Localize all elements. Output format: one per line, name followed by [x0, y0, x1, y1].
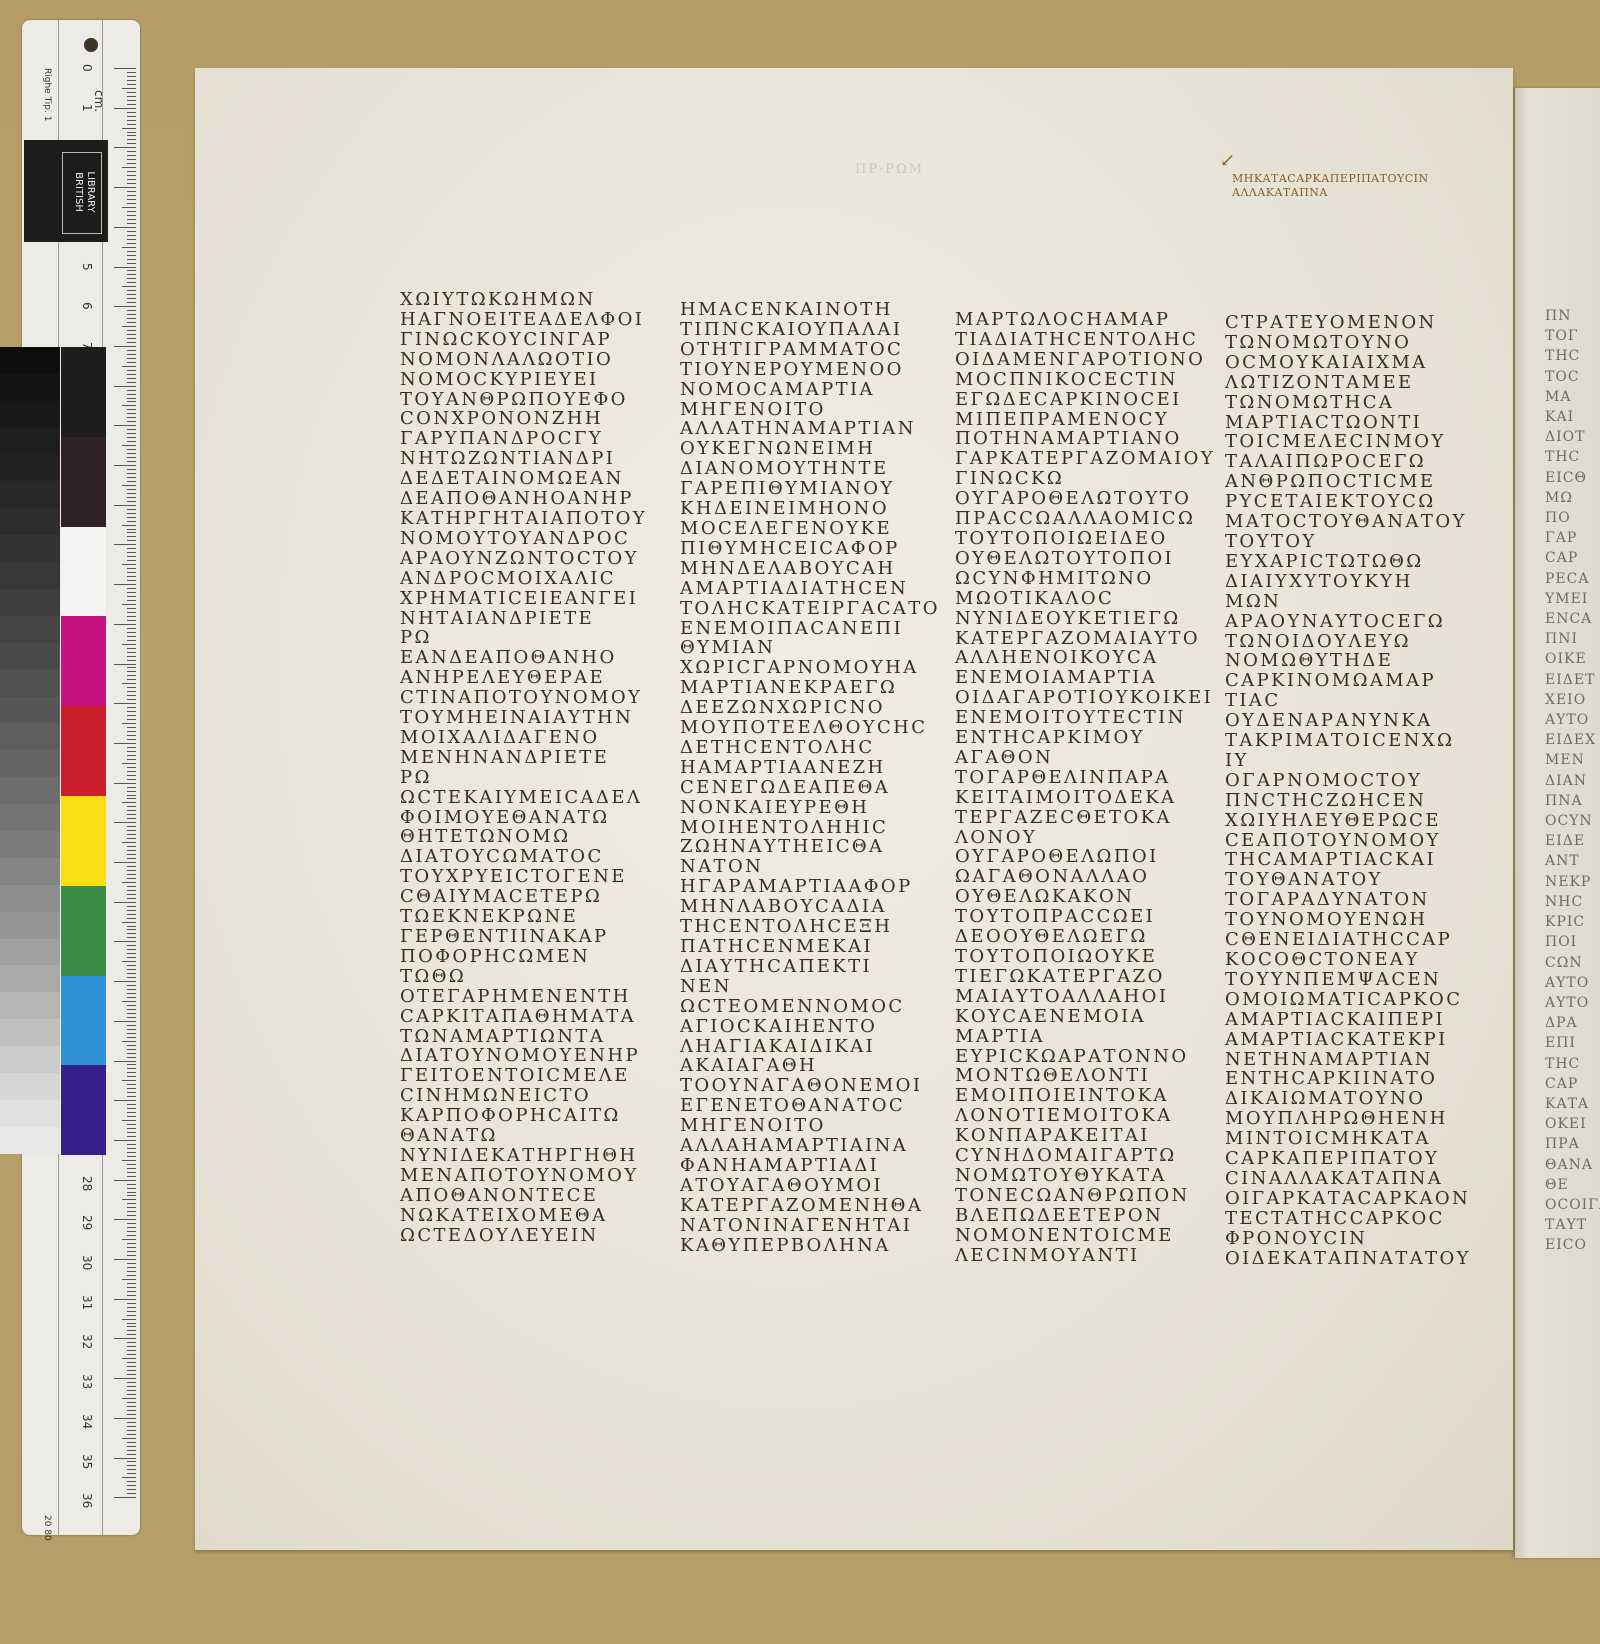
gray-step-patch	[0, 723, 60, 750]
ruler-tick	[127, 120, 136, 121]
ruler-tick	[127, 1366, 136, 1367]
manuscript-line: ΤΟΓΑΡΑΔΥΝΑΤΟΝ	[1225, 890, 1471, 910]
ruler-tick	[114, 346, 136, 347]
ruler-tick	[127, 124, 136, 125]
ruler-tick	[122, 88, 136, 89]
ruler-tick	[122, 604, 136, 605]
ruler-tick	[127, 302, 136, 303]
ruler-tick	[127, 588, 136, 589]
ruler-tick	[114, 1338, 136, 1339]
ruler-tick	[127, 489, 136, 490]
ruler-cm-label: 28	[80, 1176, 94, 1191]
manuscript-line: ΤΙΕΓΩΚΑΤΕΡΓΑΖΟ	[955, 967, 1215, 987]
ruler-tick	[127, 977, 136, 978]
manuscript-line: ϹΥΝΗΔΟΜΑΙΓΑΡΤΩ	[955, 1146, 1215, 1166]
ruler-tick	[122, 683, 136, 684]
manuscript-line: ΕΓΕΝΕΤΟΘΑΝΑΤΟϹ	[680, 1096, 940, 1116]
manuscript-line: ΜΑΡΤΙΑΝΕΚΡΑΕΓΩ	[680, 678, 940, 698]
ruler-cm-label: 33	[80, 1374, 94, 1389]
ruler-tick	[127, 1235, 136, 1236]
ruler-tick	[127, 1410, 136, 1411]
manuscript-line: ΜΟΥΠΛΗΡΩΘΗΕΝΗ	[1225, 1109, 1471, 1129]
ruler-tick	[127, 715, 136, 716]
ruler-tick	[127, 413, 136, 414]
ruler-tick	[127, 96, 136, 97]
ruler-tick	[127, 1211, 136, 1212]
gray-step-patch	[0, 670, 60, 697]
ruler-tick	[114, 505, 136, 506]
adjacent-page-line: ΕΝϹΑ	[1545, 609, 1600, 629]
ruler-tick	[127, 620, 136, 621]
ruler-tick	[127, 1184, 136, 1185]
ruler-tick	[122, 1001, 136, 1002]
ruler-tick	[127, 791, 136, 792]
ruler-tick	[127, 656, 136, 657]
ruler-tick	[127, 453, 136, 454]
ruler-tick	[127, 1370, 136, 1371]
ruler-tick	[127, 1346, 136, 1347]
ruler-tick	[127, 699, 136, 700]
manuscript-line: ΤΟΥΘΑΝΑΤΟΥ	[1225, 870, 1471, 890]
ruler-tick	[127, 342, 136, 343]
ruler-tick	[122, 922, 136, 923]
manuscript-line: ΚΟϹΟΘϹΤΟΝΕΑΥ	[1225, 950, 1471, 970]
adjacent-page-edge: ΠΝΤΟΓΤΗϹΤΟϹΜΑΚΑΙΔΙΟΤΤΗϹΕΙϹΘΜΩΠΟΓΑΡϹΑΡΡΕϹ…	[1515, 88, 1600, 1558]
ruler-tick	[122, 842, 136, 843]
manuscript-line: ΝΑΤΟΝΙΝΑΓΕΝΗΤΑΙ	[680, 1216, 940, 1236]
adjacent-page-line: ΟΙΚΕ	[1545, 649, 1600, 669]
manuscript-line: ΤΕϹΤΑΤΗϹϹΑΡΚΟϹ	[1225, 1209, 1471, 1229]
manuscript-line: ΤΑΛΑΙΠΩΡΟϹΕΓΩ	[1225, 452, 1471, 472]
manuscript-line: ΚΑΤΗΡΓΗΤΑΙΑΠΟΤΟΥ	[400, 509, 647, 529]
adjacent-page-line: ΑΝΤ	[1545, 851, 1600, 871]
adjacent-page-line: ΠΝ	[1545, 306, 1600, 326]
adjacent-page-line: ΤΗϹ	[1545, 1054, 1600, 1074]
adjacent-page-line: ΔΙΟΤ	[1545, 427, 1600, 447]
manuscript-line: ΝΕΤΗΝΑΜΑΡΤΙΑΝ	[1225, 1050, 1471, 1070]
ruler-tick	[127, 648, 136, 649]
ruler-tick	[127, 1386, 136, 1387]
ruler-tick	[114, 544, 136, 545]
manuscript-line: ΤΟΥΤΟΠΡΑϹϹΩΕΙ	[955, 907, 1215, 927]
ruler-bottom-label: 20 80	[42, 1515, 52, 1541]
manuscript-line: ΔΙΑΝΟΜΟΥΤΗΝΤΕ	[680, 459, 940, 479]
adjacent-page-line: ΜΕΝ	[1545, 750, 1600, 770]
manuscript-line: ΕΥΡΙϹΚΩΑΡΑΤΟΝΝΟ	[955, 1047, 1215, 1067]
ruler-tick	[127, 1311, 136, 1312]
adjacent-page-line: ΧΕΙΟ	[1545, 690, 1600, 710]
manuscript-line: ΜΕΝΑΠΟΤΟΥΝΟΜΟΥ	[400, 1166, 647, 1186]
manuscript-line: ΚΕΙΤΑΙΜΟΙΤΟΔΕΚΑ	[955, 788, 1215, 808]
ruler-tick	[127, 1434, 136, 1435]
ruler-tick	[127, 636, 136, 637]
ruler-tick	[127, 1053, 136, 1054]
ruler-tick	[122, 1160, 136, 1161]
ruler-tick	[127, 1064, 136, 1065]
ruler-tick	[122, 1477, 136, 1478]
manuscript-line: ΒΛΕΠΩΔΕΕΤΕΡΟΝ	[955, 1206, 1215, 1226]
ruler-tick	[127, 350, 136, 351]
gray-step-patch	[0, 562, 60, 589]
ruler-tick	[127, 314, 136, 315]
ruler-tick	[127, 910, 136, 911]
ruler-cm-label: 0	[80, 64, 94, 72]
ruler-tick	[127, 1354, 136, 1355]
ruler-tick	[127, 509, 136, 510]
ruler-tick	[127, 223, 136, 224]
ruler-tick	[127, 612, 136, 613]
ruler-tick	[127, 183, 136, 184]
ruler-tick	[114, 703, 136, 704]
manuscript-line: ΟΥΓΑΡΟΘΕΛΩΤΟΥΤΟ	[955, 489, 1215, 509]
ruler-tick	[127, 322, 136, 323]
gray-step-patch	[0, 885, 60, 912]
manuscript-line: ΟΙΔΕΚΑΤΑΠΝΑΤΑΤΟΥ	[1225, 1249, 1471, 1269]
manuscript-line: ΑΠΟΘΑΝΟΝΤΕϹΕ	[400, 1186, 647, 1206]
ruler-tick	[114, 862, 136, 863]
ruler-tick	[127, 628, 136, 629]
ruler-tick	[127, 1092, 136, 1093]
manuscript-line: ΑΝΔΡΟϹΜΟΙΧΑΛΙϹ	[400, 569, 647, 589]
gray-step-patch	[0, 1019, 60, 1046]
ruler-tick	[114, 1299, 136, 1300]
ruler-tick	[127, 104, 136, 105]
ruler-tick	[127, 1164, 136, 1165]
manuscript-line: ΓΑΡΚΑΤΕΡΓΑΖΟΜΑΙΟΥ	[955, 449, 1215, 469]
ruler-tick	[122, 525, 136, 526]
manuscript-line: ΚΑΤΕΡΓΑΖΟΜΑΙΑΥΤΟ	[955, 629, 1215, 649]
ruler-tick	[127, 151, 136, 152]
manuscript-line: ΓΙΝΩϹΚΩ	[955, 469, 1215, 489]
gray-step-patch	[0, 535, 60, 562]
ruler-tick	[127, 417, 136, 418]
ruler-tick	[127, 354, 136, 355]
ruler-tick	[127, 1148, 136, 1149]
manuscript-line: ΤΟΥΧΡΥΕΙϹΤΟΓΕΝΕ	[400, 867, 647, 887]
ruler-tick	[127, 1168, 136, 1169]
ruler-tick	[127, 1287, 136, 1288]
ruler-tick	[127, 1076, 136, 1077]
manuscript-line: ϹΙΝΑΛΛΑΚΑΤΑΠΝΑ	[1225, 1169, 1471, 1189]
ruler-tick	[127, 759, 136, 760]
ruler-cm-label: 29	[80, 1215, 94, 1230]
ruler-tick	[127, 1108, 136, 1109]
adjacent-page-line: ΟΚΕΙ	[1545, 1114, 1600, 1134]
manuscript-line: ΟΙΔΑΜΕΝΓΑΡΟΤΙΟΝΟ	[955, 350, 1215, 370]
gray-step-patch	[0, 616, 60, 643]
ruler-tick	[127, 477, 136, 478]
ruler-tick	[127, 540, 136, 541]
manuscript-line: ΔΕΔΕΤΑΙΝΟΜΩΕΑΝ	[400, 469, 647, 489]
adjacent-page-line: ΝΗϹ	[1545, 892, 1600, 912]
ruler-tick	[127, 1271, 136, 1272]
ruler-tick	[127, 374, 136, 375]
ruler-tick	[127, 576, 136, 577]
gray-step-patch	[0, 750, 60, 777]
adjacent-page-line: ΕΙϹΟ	[1545, 1235, 1600, 1255]
manuscript-line: ΤΩΝΑΜΑΡΤΙΩΝΤΑ	[400, 1027, 647, 1047]
ruler-tick	[127, 461, 136, 462]
ruler-tick	[127, 632, 136, 633]
adjacent-page-line: ΠΝΑ	[1545, 791, 1600, 811]
adjacent-page-line: ΕΙϹΘ	[1545, 468, 1600, 488]
manuscript-line: ΝΟΜΟΥΤΟΥΑΝΔΡΟϹ	[400, 529, 647, 549]
ruler-tick	[127, 739, 136, 740]
ruler-tick	[122, 405, 136, 406]
ruler-tick	[127, 274, 136, 275]
ruler-tick	[114, 306, 136, 307]
gray-step-patch	[0, 589, 60, 616]
ruler-cm-label: 35	[80, 1454, 94, 1469]
ruler-tick	[127, 886, 136, 887]
ruler-tick	[127, 1426, 136, 1427]
manuscript-line: ΑΤΟΥΑΓΑΘΟΥΜΟΙ	[680, 1176, 940, 1196]
manuscript-line: ΔΕΤΗϹΕΝΤΟΛΗϹ	[680, 738, 940, 758]
manuscript-line: ΜΗΓΕΝΟΙΤΟ	[680, 1116, 940, 1136]
ruler-cm-label: 32	[80, 1334, 94, 1349]
adjacent-page-line: ΝΕΚΡ	[1545, 872, 1600, 892]
ruler-tick	[127, 1402, 136, 1403]
gray-step-patch	[0, 481, 60, 508]
ruler-tick	[127, 798, 136, 799]
ruler-tick	[127, 1465, 136, 1466]
ruler-tick	[122, 763, 136, 764]
ruler-tick	[127, 1025, 136, 1026]
manuscript-line: ϹΤΡΑΤΕΥΟΜΕΝΟΝ	[1225, 313, 1471, 333]
color-patch	[61, 796, 106, 886]
adjacent-page-line: ΠΡΑ	[1545, 1134, 1600, 1154]
ruler-tick	[127, 1414, 136, 1415]
adjacent-page-line: ΔΙΑΝ	[1545, 771, 1600, 791]
ruler-tick	[127, 1096, 136, 1097]
manuscript-line: ΟΥΚΕΓΝΩΝΕΙΜΗ	[680, 439, 940, 459]
adjacent-page-line: ΤΗϹ	[1545, 346, 1600, 366]
manuscript-line: ΜΩΝ	[1225, 592, 1471, 612]
manuscript-line: ϹΕΑΠΟΤΟΥΝΟΜΟΥ	[1225, 831, 1471, 851]
gray-step-patch	[0, 1046, 60, 1073]
ruler-tick	[127, 155, 136, 156]
ruler-tick	[114, 1219, 136, 1220]
ruler-tick	[127, 1005, 136, 1006]
manuscript-line: ΟΥΔΕΝΑΡΑΝΥΝΚΑ	[1225, 711, 1471, 731]
manuscript-line: ΜΑΡΤΩΛΟϹΗΑΜΑΡ	[955, 310, 1215, 330]
manuscript-line: ΜΩΟΤΙΚΑΛΟϹ	[955, 589, 1215, 609]
adjacent-page-line: ΤΟϹ	[1545, 367, 1600, 387]
adjacent-page-line: ΕΙΔΕΤ	[1545, 670, 1600, 690]
ruler-tick	[127, 473, 136, 474]
manuscript-line: ΠΝϹΤΗϹΖΩΗϹΕΝ	[1225, 791, 1471, 811]
gray-step-patch	[0, 428, 60, 455]
ruler-tick	[127, 854, 136, 855]
ruler-tick	[127, 1009, 136, 1010]
manuscript-line: ΑΜΑΡΤΙΑϹΚΑΤΕΚΡΙ	[1225, 1030, 1471, 1050]
ruler-tick	[127, 409, 136, 410]
ruler-tick	[127, 973, 136, 974]
ruler-tick	[127, 775, 136, 776]
adjacent-page-line: ΘΕ	[1545, 1175, 1600, 1195]
ruler-tick	[127, 358, 136, 359]
ruler-tick	[127, 596, 136, 597]
manuscript-line: ϹΟΝΧΡΟΝΟΝΖΗΗ	[400, 409, 647, 429]
manuscript-line: ΓΙΝΩϹΚΟΥϹΙΝΓΑΡ	[400, 330, 647, 350]
ruler-tick	[122, 564, 136, 565]
manuscript-line: ΤΩΝΟΜΩΤΗϹΑ	[1225, 393, 1471, 413]
manuscript-line: ΦΑΝΗΑΜΑΡΤΙΑΔΙ	[680, 1156, 940, 1176]
ruler-tick	[127, 894, 136, 895]
ruler-tick	[127, 1330, 136, 1331]
color-patch-strip	[61, 347, 106, 1155]
ruler-tick	[127, 945, 136, 946]
british-library-logo-text: LIBRARY BRITISH	[72, 154, 96, 230]
ruler-tick	[122, 326, 136, 327]
ruler-tick	[127, 767, 136, 768]
ruler-tick	[127, 338, 136, 339]
ruler-cm-label: 31	[80, 1295, 94, 1310]
ruler-tick	[127, 568, 136, 569]
manuscript-line: ΘΗΤΕΤΩΝΟΜΩ	[400, 827, 647, 847]
manuscript-line: ΜΗΝΔΕΛΑΒΟΥϹΑΗ	[680, 559, 940, 579]
ruler-tick	[127, 898, 136, 899]
ruler-tick	[127, 457, 136, 458]
ruler-tick	[127, 1295, 136, 1296]
ruler-tick	[114, 1418, 136, 1419]
manuscript-line: ΖΩΗΝΑΥΤΗΕΙϹΘΑ	[680, 837, 940, 857]
manuscript-line: ϹΙΝΗΜΩΝΕΙϹΤΟ	[400, 1086, 647, 1106]
manuscript-line: ϹΑΡΚΙΤΑΠΑΘΗΜΑΤΑ	[400, 1007, 647, 1027]
ruler-secondary-label: Righe Tip. 1	[42, 68, 52, 121]
ruler-tick	[114, 1180, 136, 1181]
manuscript-line: ΜΟΙΧΑΛΙΔΑΓΕΝΟ	[400, 728, 647, 748]
ruler-tick	[127, 1203, 136, 1204]
adjacent-page-line: ΕΙΔΕΧ	[1545, 730, 1600, 750]
ruler-tick	[127, 870, 136, 871]
manuscript-line: ΜΟΥΠΟΤΕΕΛΘΟΥϹΗϹ	[680, 718, 940, 738]
manuscript-line: ΛΩΤΙΖΟΝΤΑΜΕΕ	[1225, 373, 1471, 393]
manuscript-line: ΟΥΘΕΛΩΚΑΚΟΝ	[955, 887, 1215, 907]
text-column-1: ΧΩΙΥΤΩΚΩΗΜΩΝΗΑΓΝΟΕΙΤΕΑΔΕΛΦΟΙΓΙΝΩϹΚΟΥϹΙΝΓ…	[400, 290, 647, 1246]
gray-step-patch	[0, 912, 60, 939]
ruler-tick	[127, 1489, 136, 1490]
manuscript-line: ΚΑΡΠΟΦΟΡΗϹΑΙΤΩ	[400, 1106, 647, 1126]
ruler-tick	[127, 429, 136, 430]
ruler-tick	[127, 199, 136, 200]
ruler-tick	[114, 1140, 136, 1141]
manuscript-line: ΔΙΑΙΥΧΥΤΟΥΚΥΗ	[1225, 572, 1471, 592]
manuscript-line: ΝΗΤΩΖΩΝΤΙΑΝΔΡΙ	[400, 449, 647, 469]
ruler-tick	[127, 298, 136, 299]
adjacent-page-line: ΜΩ	[1545, 488, 1600, 508]
manuscript-line: ΕΝΕΜΟΙΠΑϹΑΝΕΠΙ	[680, 619, 940, 639]
ruler-tick	[114, 743, 136, 744]
manuscript-line: ΝΥΝΙΔΕΚΑΤΗΡΓΗΘΗ	[400, 1146, 647, 1166]
color-calibration-chart	[0, 347, 106, 1155]
ruler-tick	[127, 92, 136, 93]
ruler-tick	[127, 80, 136, 81]
color-patch	[61, 1065, 106, 1155]
gray-step-patch	[0, 401, 60, 428]
gray-step-patch	[0, 939, 60, 966]
manuscript-line: ΡΩ	[400, 768, 647, 788]
manuscript-line: ΤΩΘΩ	[400, 967, 647, 987]
manuscript-line: ΠΟΤΗΝΑΜΑΡΤΙΑΝΟ	[955, 429, 1215, 449]
manuscript-line: ΝΟΜΟϹΑΜΑΡΤΙΑ	[680, 380, 940, 400]
ruler-tick	[127, 652, 136, 653]
manuscript-line: ϹΑΡΚΙΝΟΜΩΑΜΑΡ	[1225, 671, 1471, 691]
ruler-tick	[122, 961, 136, 962]
ruler-tick	[114, 1021, 136, 1022]
adjacent-page-line: ΕΠΙ	[1545, 1033, 1600, 1053]
manuscript-line: ΜΟΙΗΕΝΤΟΛΗΗΙϹ	[680, 818, 940, 838]
ruler-hole	[84, 38, 98, 52]
ruler-tick	[114, 267, 136, 268]
manuscript-line: ΝΑΤΟΝ	[680, 857, 940, 877]
manuscript-line: ΕΥΧΑΡΙϹΤΩΤΩΘΩ	[1225, 552, 1471, 572]
ruler-tick	[122, 802, 136, 803]
ruler-tick	[127, 675, 136, 676]
ruler-tick	[127, 191, 136, 192]
ruler-tick	[127, 926, 136, 927]
ruler-tick	[127, 243, 136, 244]
manuscript-line: ΝΟΜΩΤΟΥΘΥΚΑΤΑ	[955, 1166, 1215, 1186]
ruler-tick	[114, 1061, 136, 1062]
ruler-tick	[127, 72, 136, 73]
ruler-tick	[127, 1461, 136, 1462]
ruler-tick	[127, 441, 136, 442]
manuscript-line: ΘΥΜΙΑΝ	[680, 638, 940, 658]
ruler-tick	[127, 398, 136, 399]
ruler-tick	[127, 719, 136, 720]
ruler-tick	[127, 1263, 136, 1264]
manuscript-line: ΓΑΡΥΠΑΝΔΡΟϹΓΥ	[400, 429, 647, 449]
ruler-tick	[127, 787, 136, 788]
ruler-tick	[127, 163, 136, 164]
manuscript-line: ΤΗϹΑΜΑΡΤΙΑϹΚΑΙ	[1225, 850, 1471, 870]
manuscript-line: ΚΗΔΕΙΝΕΙΜΗΟΝΟ	[680, 499, 940, 519]
ruler-tick	[122, 1319, 136, 1320]
ruler-tick	[122, 485, 136, 486]
ruler-tick	[127, 481, 136, 482]
ruler-tick	[127, 310, 136, 311]
manuscript-line: ΗΓΑΡΑΜΑΡΤΙΑΑΦΟΡ	[680, 877, 940, 897]
manuscript-line: ΟΤΕΓΑΡΗΜΕΝΕΝΤΗ	[400, 987, 647, 1007]
ruler-tick	[114, 147, 136, 148]
adjacent-page-line: ΚΑΤΑ	[1545, 1094, 1600, 1114]
ruler-tick	[122, 207, 136, 208]
ruler-tick	[127, 1176, 136, 1177]
ruler-tick	[127, 866, 136, 867]
ruler-tick	[127, 1088, 136, 1089]
ruler-tick	[127, 858, 136, 859]
gray-step-patch	[0, 1073, 60, 1100]
adjacent-page-line: ΑΥΤΟ	[1545, 710, 1600, 730]
manuscript-line: ΟΤΗΤΙΓΡΑΜΜΑΤΟϹ	[680, 340, 940, 360]
adjacent-page-line: ΚΡΙϹ	[1545, 912, 1600, 932]
ruler-tick	[127, 469, 136, 470]
manuscript-line: ΓΕΙΤΟΕΝΤΟΙϹΜΕΛΕ	[400, 1066, 647, 1086]
manuscript-line: ΩϹΥΝΦΗΜΙΤΩΝΟ	[955, 569, 1215, 589]
ruler-tick	[127, 552, 136, 553]
ruler-tick	[127, 1223, 136, 1224]
ruler-tick	[127, 933, 136, 934]
manuscript-line: ΜΗΓΕΝΟΙΤΟ	[680, 400, 940, 420]
ruler-tick	[127, 795, 136, 796]
manuscript-line: ΓΕΡΘΕΝΤΙΙΝΑΚΑΡ	[400, 927, 647, 947]
manuscript-line: ΕΝΤΗϹΑΡΚΙΙΝΑΤΟ	[1225, 1069, 1471, 1089]
manuscript-line: ΚΑΤΕΡΓΑΖΟΜΕΝΗΘΑ	[680, 1196, 940, 1216]
manuscript-line: ΤΟΝΕϹΩΑΝΘΡΩΠΟΝ	[955, 1186, 1215, 1206]
adjacent-page-line: ΥΜΕΙ	[1545, 589, 1600, 609]
ruler-tick	[127, 1454, 136, 1455]
